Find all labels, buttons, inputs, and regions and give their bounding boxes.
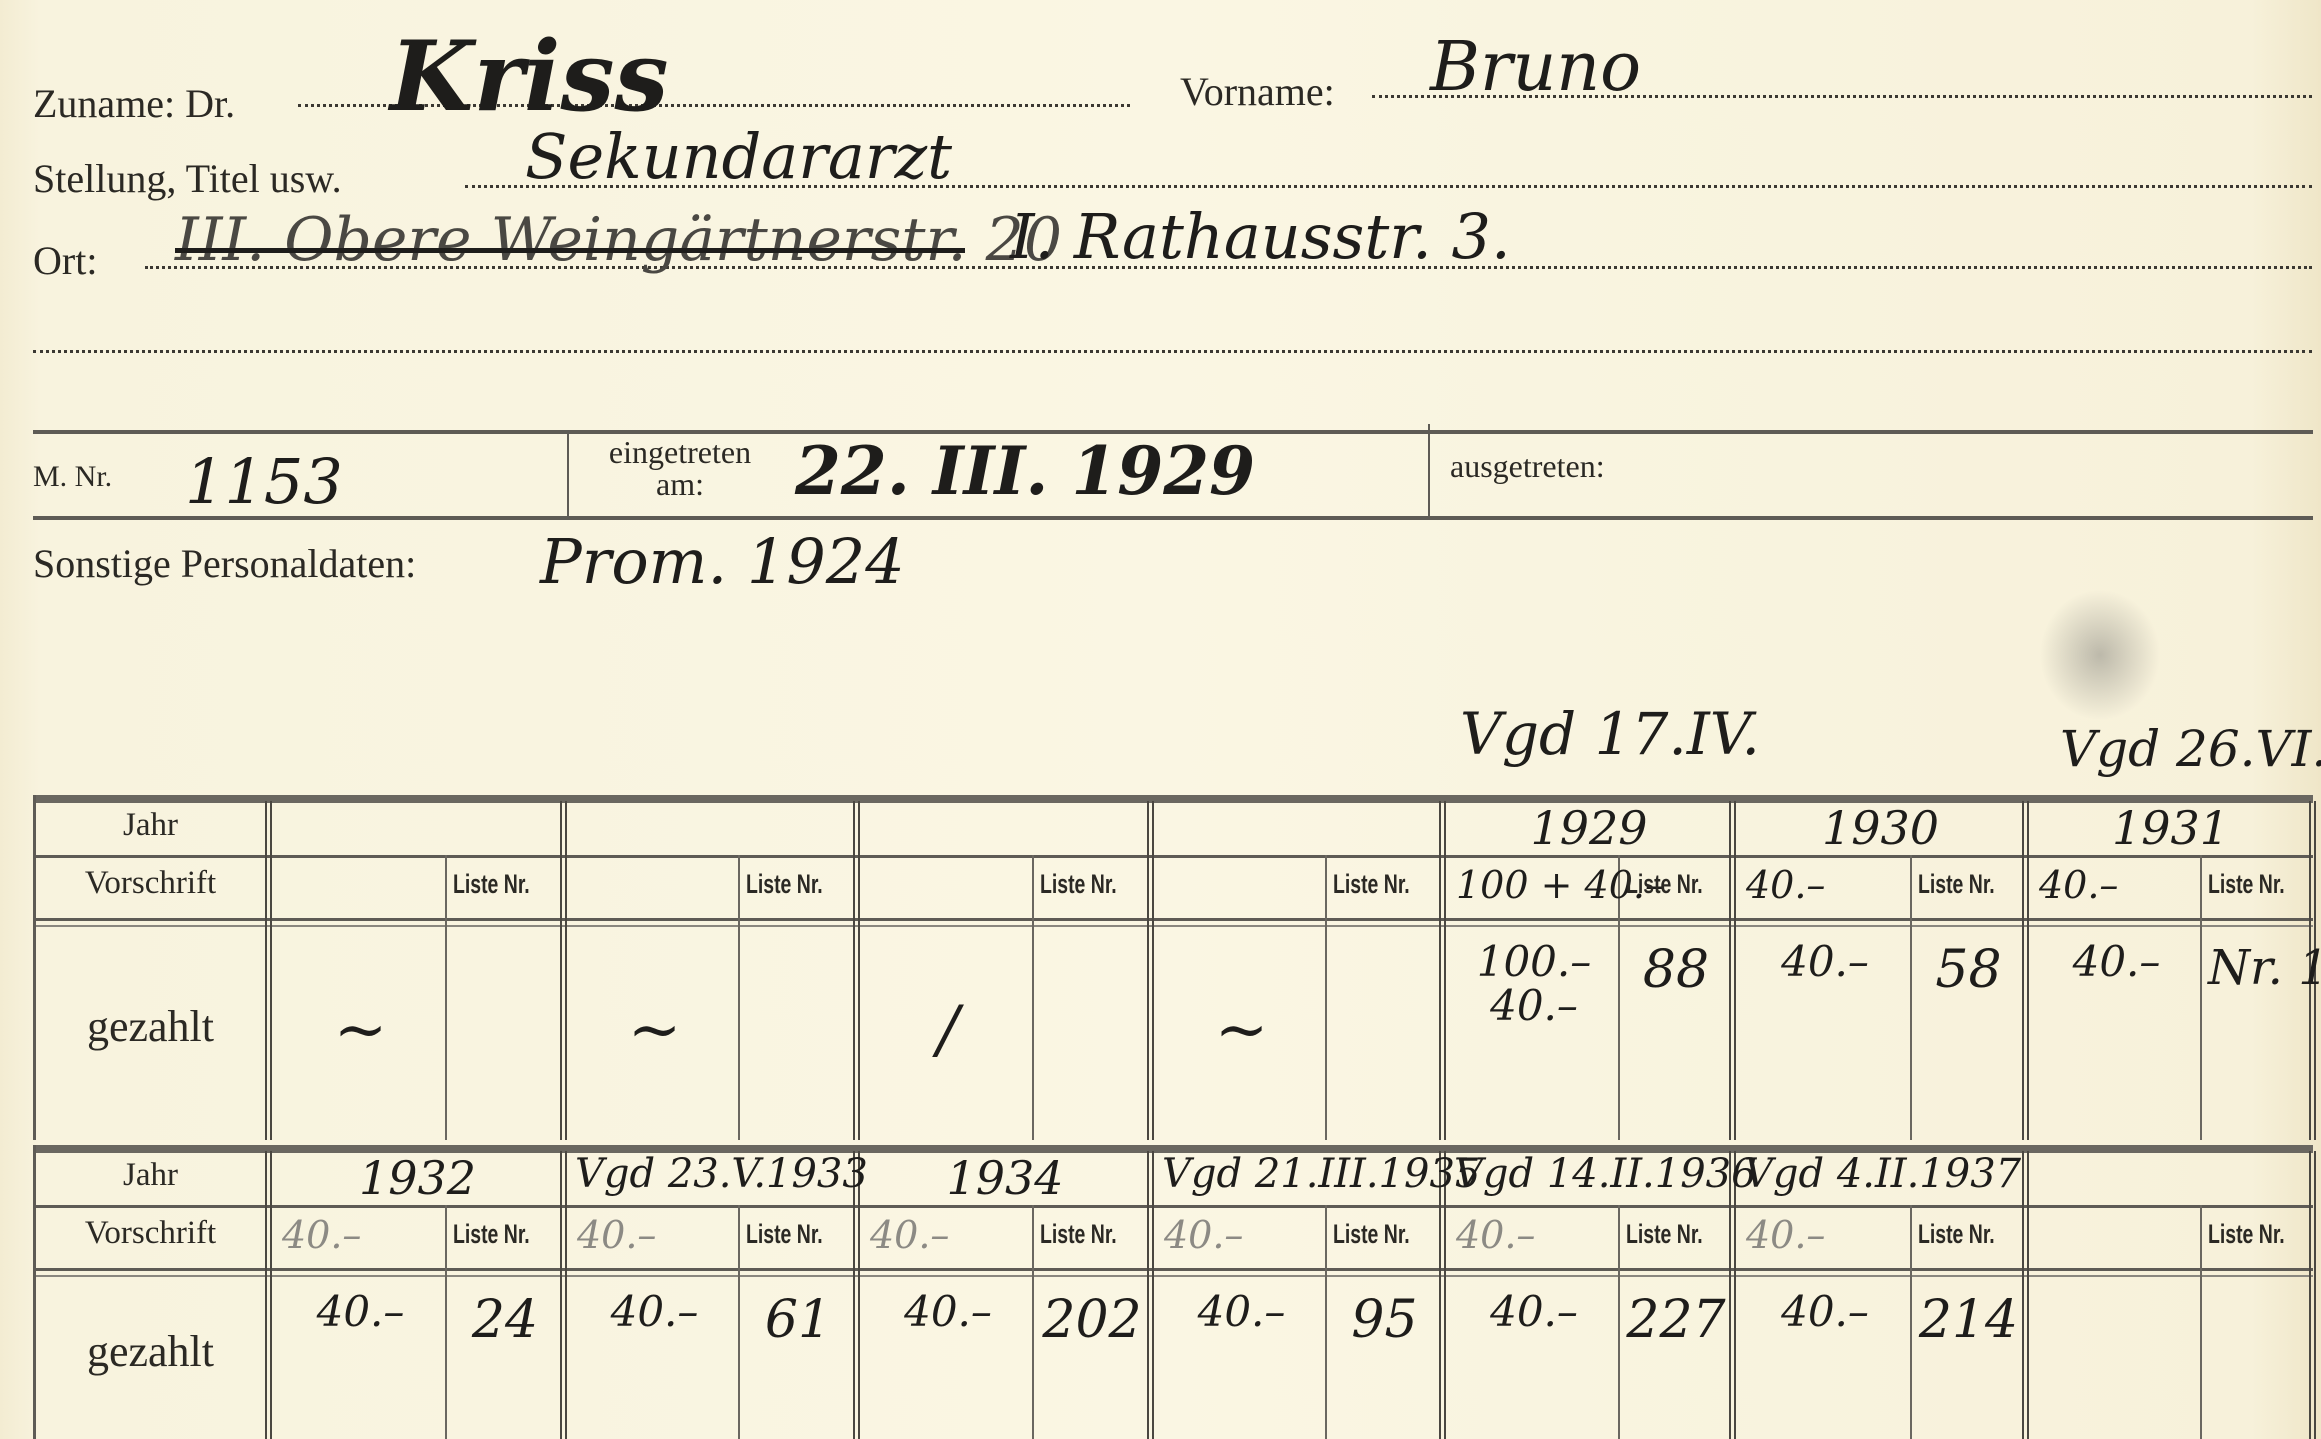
liste-nr-label: Liste Nr. — [1918, 1219, 1995, 1250]
column-divider — [560, 801, 567, 1140]
zuname-label: Zuname: Dr. — [33, 80, 235, 127]
sonstige-value: Prom. 1924 — [540, 525, 905, 598]
cell-gezahlt: / — [872, 1008, 1024, 1052]
vorname-label: Vorname: — [1180, 68, 1335, 115]
liste-nr-label: Liste Nr. — [1626, 869, 1703, 900]
cell-liste-nr: 202 — [1040, 1290, 1144, 1350]
row-label-gezahlt: gezahlt — [33, 1326, 268, 1377]
annotation-1931: Vgd 26.VI. — [2060, 720, 2321, 778]
annotation-1930: Vgd 17.IV. — [1460, 700, 1760, 768]
cell-vorschrift: 40.– — [282, 1213, 361, 1257]
liste-nr-label: Liste Nr. — [1626, 1219, 1703, 1250]
ort-struck-value: III. Obere Weingärtnerstr. 20 — [175, 205, 1062, 275]
liste-divider — [1325, 855, 1327, 1140]
ausgetreten-label: ausgetreten: — [1450, 448, 1605, 485]
column-divider — [265, 801, 272, 1140]
row-label-vorschrift: Vorschrift — [33, 865, 268, 902]
column-divider — [2022, 801, 2029, 1140]
cell-liste-nr: 214 — [1918, 1290, 2019, 1350]
cell-gezahlt: 40.– — [284, 1290, 437, 1334]
column-divider — [2022, 1151, 2029, 1439]
cell-vorschrift: 40.– — [2039, 863, 2118, 907]
cell-gezahlt: 40.– — [1166, 1290, 1317, 1334]
row-label-gezahlt: gezahlt — [33, 1001, 268, 1052]
table-rule-vorschrift-double — [33, 925, 2313, 927]
cell-jahr: Vgd 14.II.1936 — [1454, 1151, 1724, 1197]
table-rule-vorschrift — [33, 1268, 2313, 1271]
mnr-value: 1153 — [185, 445, 343, 518]
liste-nr-label: Liste Nr. — [1918, 869, 1995, 900]
liste-divider — [1032, 855, 1034, 1140]
cell-vorschrift: 40.– — [1456, 1213, 1535, 1257]
column-divider — [1729, 801, 1736, 1140]
liste-nr-label: Liste Nr. — [1040, 1219, 1117, 1250]
stellung-value: Sekundararzt — [525, 120, 952, 193]
box-divider-2 — [1428, 424, 1430, 518]
cell-jahr: Vgd 4.II.1937 — [1744, 1151, 2017, 1197]
liste-divider — [2200, 855, 2202, 1140]
ink-smudge — [2040, 590, 2160, 720]
cell-vorschrift: 40.– — [1164, 1213, 1243, 1257]
cell-liste-nr: 61 — [746, 1290, 850, 1350]
liste-divider — [1618, 1205, 1620, 1439]
box-bottom-rule — [33, 516, 2313, 520]
mnr-label: M. Nr. — [33, 460, 112, 494]
table-rule-vorschrift-double — [33, 1275, 2313, 1277]
cell-jahr: 1932 — [280, 1151, 555, 1205]
cell-vorschrift: 40.– — [1746, 863, 1825, 907]
cell-jahr: 1930 — [1744, 801, 2017, 855]
liste-divider — [738, 855, 740, 1140]
cell-jahr: 1929 — [1454, 801, 1724, 855]
liste-nr-label: Liste Nr. — [453, 1219, 530, 1250]
row-label-jahr: Jahr — [33, 807, 268, 844]
cell-jahr: 1934 — [868, 1151, 1142, 1205]
cell-jahr: Vgd 21.III.1935 — [1162, 1151, 1434, 1197]
liste-nr-label: Liste Nr. — [2208, 1219, 2285, 1250]
cell-gezahlt: 40.– — [579, 1290, 730, 1334]
cell-gezahlt: 40.– — [872, 1290, 1024, 1334]
liste-nr-label: Liste Nr. — [453, 869, 530, 900]
liste-divider — [2200, 1205, 2202, 1439]
ort-value: I. Rathausstr. 3. — [1010, 200, 1511, 273]
ort-strikethrough — [175, 248, 965, 253]
sonstige-label: Sonstige Personaldaten: — [33, 540, 416, 587]
stellung-label: Stellung, Titel usw. — [33, 155, 342, 202]
column-divider — [2309, 1151, 2316, 1439]
liste-divider — [738, 1205, 740, 1439]
ort-label: Ort: — [33, 237, 97, 284]
liste-nr-label: Liste Nr. — [746, 869, 823, 900]
cell-gezahlt: 40.– — [2041, 940, 2192, 984]
cell-vorschrift: 40.– — [1746, 1213, 1825, 1257]
liste-nr-label: Liste Nr. — [746, 1219, 823, 1250]
liste-nr-label: Liste Nr. — [2208, 869, 2285, 900]
cell-jahr: 1931 — [2037, 801, 2304, 855]
table-rule-jahr — [33, 855, 2313, 858]
eingetreten-value: 22. III. 1929 — [795, 432, 1255, 510]
cell-gezahlt: 100.– 40.– — [1458, 940, 1610, 1028]
liste-divider — [1325, 1205, 1327, 1439]
cell-vorschrift: 40.– — [577, 1213, 656, 1257]
column-divider — [265, 1151, 272, 1439]
table-rule-vorschrift — [33, 918, 2313, 921]
liste-divider — [445, 1205, 447, 1439]
cell-jahr: Vgd 23.V.1933 — [575, 1151, 848, 1197]
cell-liste-nr: 88 — [1626, 940, 1726, 1000]
extra-line — [33, 350, 2312, 353]
cell-liste-nr: 227 — [1626, 1290, 1726, 1350]
cell-gezahlt: 40.– — [1748, 1290, 1902, 1334]
column-divider — [853, 801, 860, 1140]
column-divider — [1147, 801, 1154, 1140]
row-label-jahr: Jahr — [33, 1157, 268, 1194]
column-divider — [1439, 801, 1446, 1140]
cell-gezahlt: 40.– — [1458, 1290, 1610, 1334]
column-divider — [560, 1151, 567, 1439]
column-divider — [1147, 1151, 1154, 1439]
cell-gezahlt: 40.– — [1748, 940, 1902, 984]
row-label-vorschrift: Vorschrift — [33, 1215, 268, 1252]
liste-nr-label: Liste Nr. — [1333, 1219, 1410, 1250]
eingetreten-label: eingetreten am: — [595, 436, 765, 500]
vorname-value: Bruno — [1430, 28, 1641, 107]
liste-divider — [1032, 1205, 1034, 1439]
cell-liste-nr: 58 — [1918, 940, 2019, 1000]
liste-divider — [445, 855, 447, 1140]
cell-vorschrift: 40.– — [870, 1213, 949, 1257]
table-rule-jahr — [33, 1205, 2313, 1208]
cell-liste-nr: Nr. 166 — [2208, 940, 2306, 996]
cell-liste-nr: 95 — [1333, 1290, 1436, 1350]
cell-gezahlt: ~ — [579, 1008, 730, 1052]
cell-liste-nr: 24 — [453, 1290, 557, 1350]
liste-nr-label: Liste Nr. — [1333, 869, 1410, 900]
liste-divider — [1910, 855, 1912, 1140]
liste-nr-label: Liste Nr. — [1040, 869, 1117, 900]
liste-divider — [1910, 1205, 1912, 1439]
table-border-left — [33, 795, 36, 1140]
zuname-value: Kriss — [390, 20, 669, 133]
cell-gezahlt: ~ — [284, 1008, 437, 1052]
cell-gezahlt: ~ — [1166, 1008, 1317, 1052]
box-divider-1 — [567, 432, 569, 518]
